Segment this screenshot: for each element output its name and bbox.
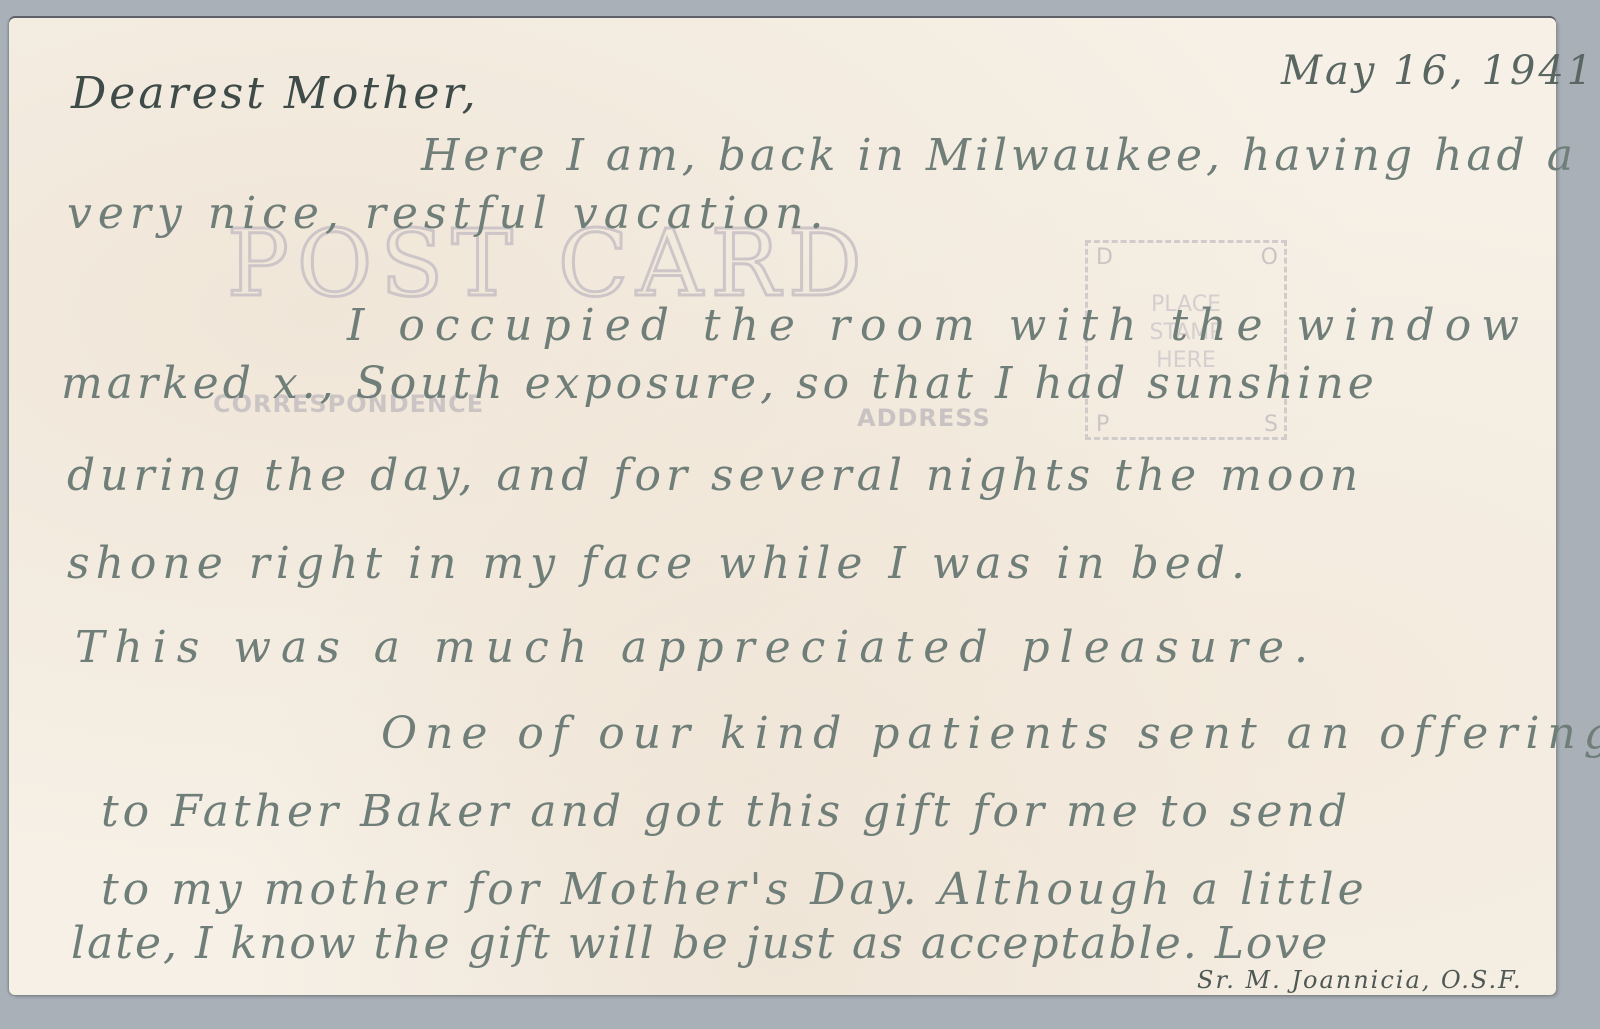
letter-line: to Father Baker and got this gift for me…	[101, 786, 1351, 837]
letter-line: Here I am, back in Milwaukee, having had…	[421, 130, 1577, 181]
letter-date: May 16, 1941	[1281, 48, 1595, 94]
letter-line: to my mother for Mother's Day. Although …	[101, 864, 1368, 915]
letter-line: marked x., South exposure, so that I had…	[61, 358, 1378, 409]
letter-line: late, I know the gift will be just as ac…	[71, 918, 1329, 969]
stamp-corner-p: P	[1096, 412, 1109, 437]
letter-signature: Sr. M. Joannicia, O.S.F.	[1197, 966, 1523, 994]
stamp-corner-s: S	[1264, 412, 1278, 437]
letter-line: during the day, and for several nights t…	[67, 450, 1363, 501]
letter-line: very nice, restful vacation.	[67, 188, 829, 239]
letter-line: shone right in my face while I was in be…	[67, 538, 1251, 589]
letter-line: I occupied the room with the window	[347, 300, 1529, 351]
letter-line: One of our kind patients sent an offerin…	[381, 708, 1600, 759]
postcard: POST CARD CORRESPONDENCE ADDRESS D O P S…	[9, 18, 1556, 995]
letter-line: This was a much appreciated pleasure.	[75, 622, 1318, 673]
stamp-corner-o: O	[1261, 245, 1278, 270]
stamp-corner-d: D	[1096, 245, 1113, 270]
letter-salutation: Dearest Mother,	[71, 68, 479, 119]
